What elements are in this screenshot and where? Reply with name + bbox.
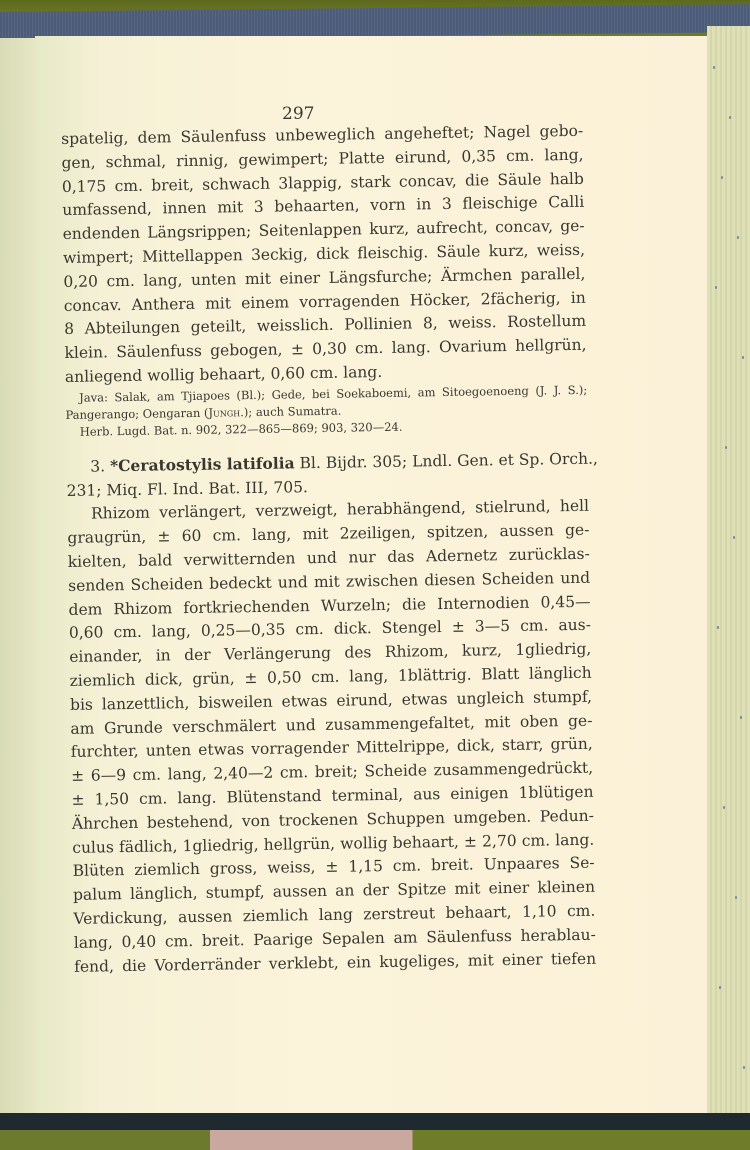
localities-note: Java: Salak, am Tjiapoes (Bl.); Gede, be… bbox=[65, 382, 588, 441]
locality-text: Pangerango; Oengaran ( bbox=[65, 405, 208, 421]
page-body: spatelig, dem Säulenfuss unbeweglich ang… bbox=[61, 120, 596, 979]
page-stack-edge bbox=[707, 26, 750, 1116]
facing-page-edge bbox=[0, 38, 36, 1118]
species-name: *Ceratostylis latifolia bbox=[110, 453, 295, 475]
species-heading: 3. *Ceratostylis latifolia Bl. Bijdr. 30… bbox=[66, 447, 589, 504]
book-cover-bottom bbox=[0, 1130, 750, 1150]
paragraph-description-continued: spatelig, dem Säulenfuss unbeweglich ang… bbox=[61, 120, 587, 390]
collector-name: Jungh. bbox=[208, 405, 244, 420]
page-number: 297 bbox=[282, 104, 314, 124]
locality-text: ); auch Sumatra. bbox=[244, 403, 342, 419]
paragraph-species-description: Rhizom verlängert, verzweigt, herabhänge… bbox=[67, 495, 596, 979]
species-citation: Bl. Bijdr. 305; Lndl. Gen. et Sp. Orch., bbox=[294, 449, 598, 472]
species-number: 3. bbox=[90, 457, 110, 475]
